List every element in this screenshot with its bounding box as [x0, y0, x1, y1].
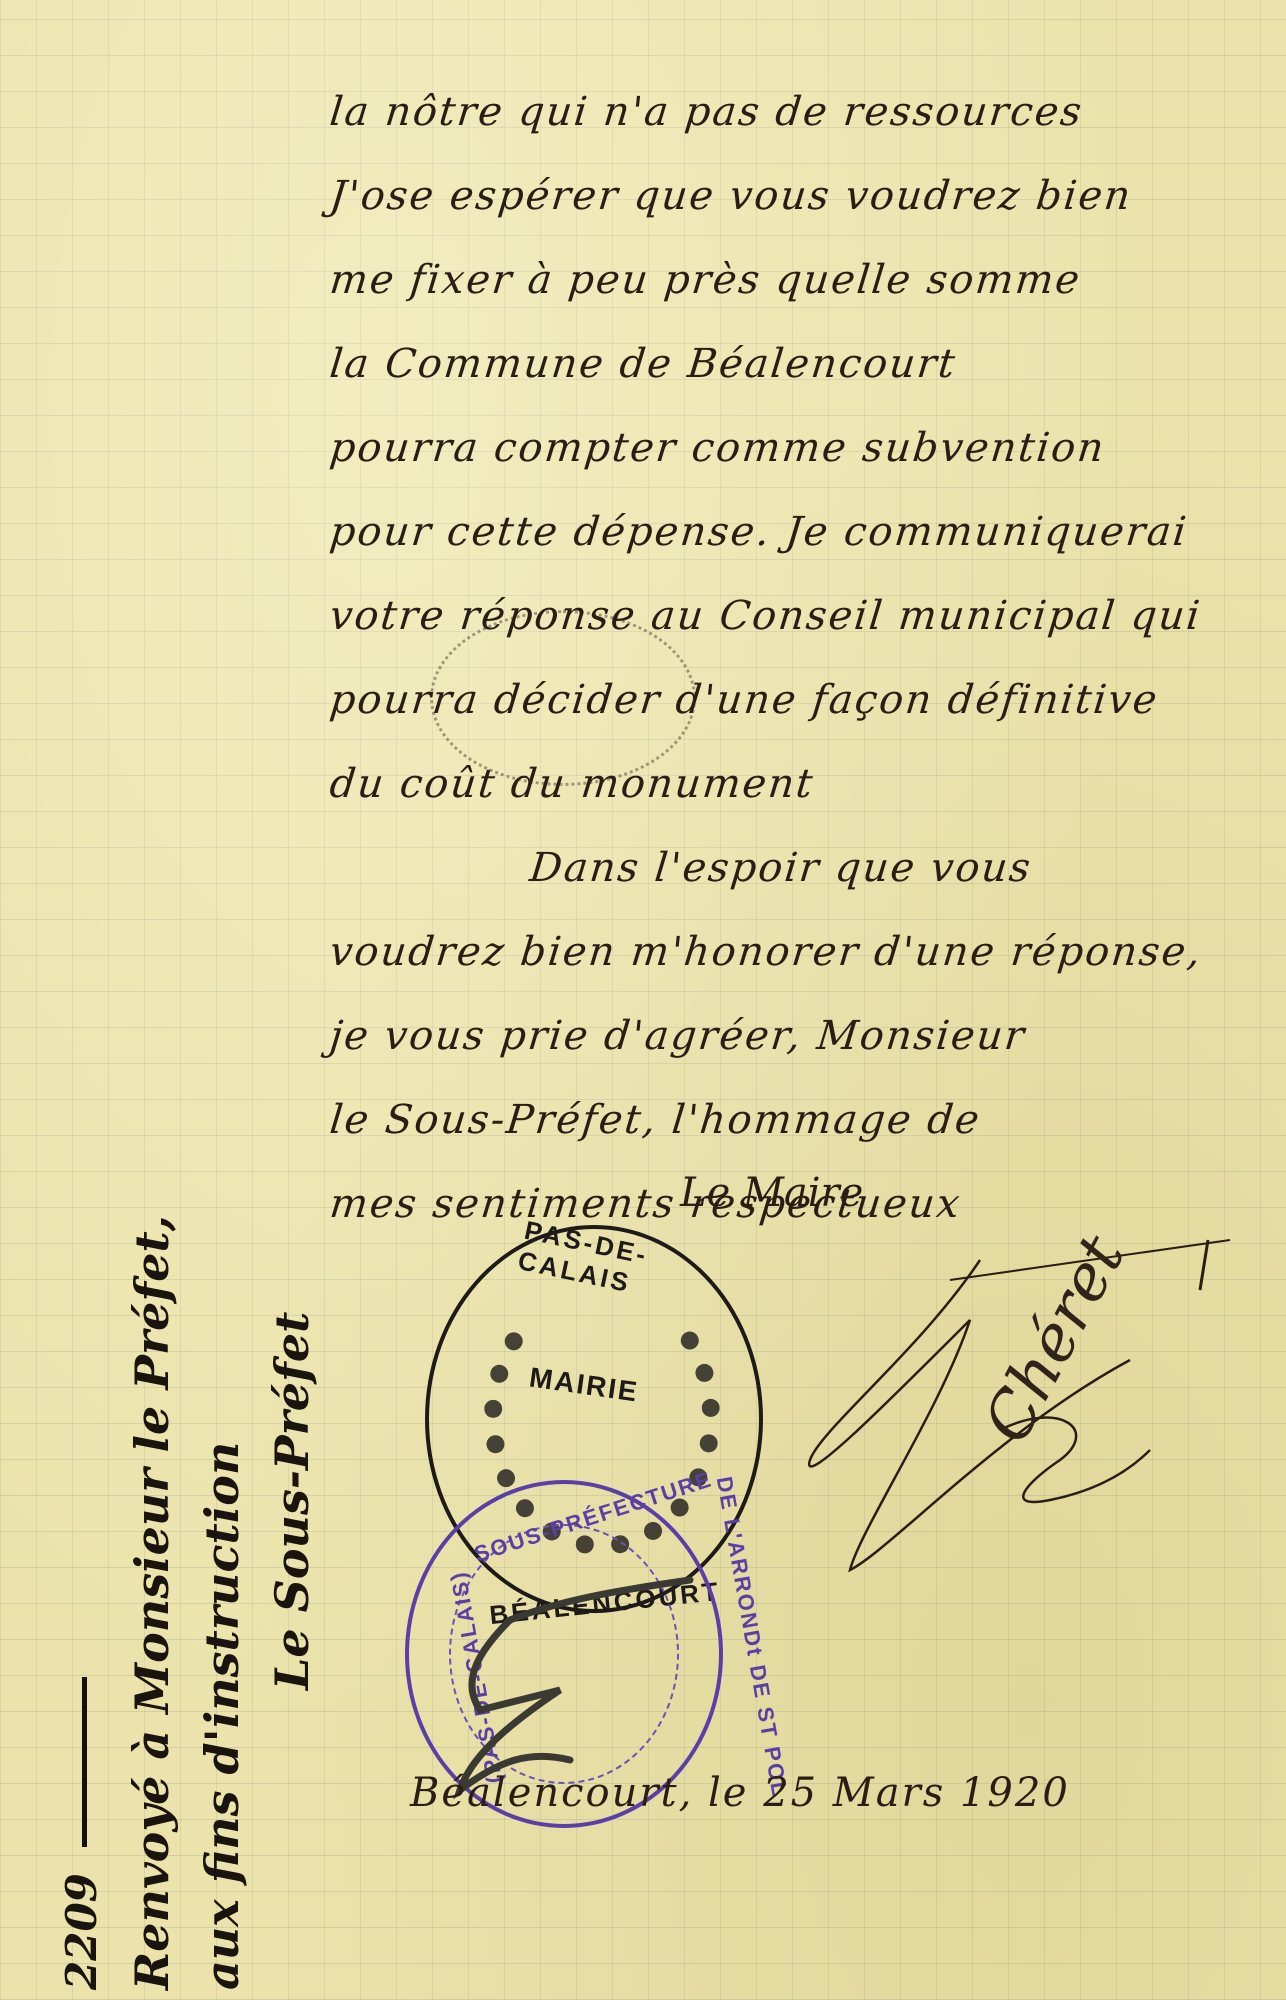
letter-body: la nôtre qui n'a pas de ressources J'ose… [330, 70, 1230, 1246]
margin-annotation-line: Renvoyé à Monsieur le Préfet, [117, 990, 187, 1990]
body-line: la Commune de Béalencourt [326, 322, 1235, 406]
place-date-line: Béalencourt, le 25 Mars 1920 [410, 1770, 1070, 1816]
body-line: la nôtre qui n'a pas de ressources [326, 70, 1235, 154]
margin-annotation: 2209 Renvoyé à Monsieur le Préfet, aux f… [45, 990, 327, 1990]
body-line: voudrez bien m'honorer d'une réponse, [326, 910, 1235, 994]
body-line: pourra décider d'une façon définitive [326, 658, 1235, 742]
body-line: me fixer à peu près quelle somme [326, 238, 1235, 322]
body-line: pourra compter comme subvention [326, 406, 1235, 490]
body-line: je vous prie d'agréer, Monsieur [326, 994, 1235, 1078]
body-line: du coût du monument [326, 742, 1235, 826]
reference-number: 2209 [57, 1873, 106, 1990]
margin-annotation-line: 2209 [45, 990, 117, 1990]
closing-title: Le Maire [680, 1170, 863, 1216]
margin-annotation-line: Le Sous-Préfet [257, 990, 327, 1990]
underline-rule [82, 1677, 87, 1847]
body-line: Dans l'espoir que vous [326, 826, 1235, 910]
letter-page: la nôtre qui n'a pas de ressources J'ose… [0, 0, 1286, 2000]
body-line: pour cette dépense. Je communiquerai [326, 490, 1235, 574]
body-line: votre réponse au Conseil municipal qui [326, 574, 1235, 658]
body-line: le Sous-Préfet, l'hommage de [326, 1078, 1235, 1162]
body-line: J'ose espérer que vous voudrez bien [326, 154, 1235, 238]
margin-annotation-line: aux fins d'instruction [187, 990, 257, 1990]
